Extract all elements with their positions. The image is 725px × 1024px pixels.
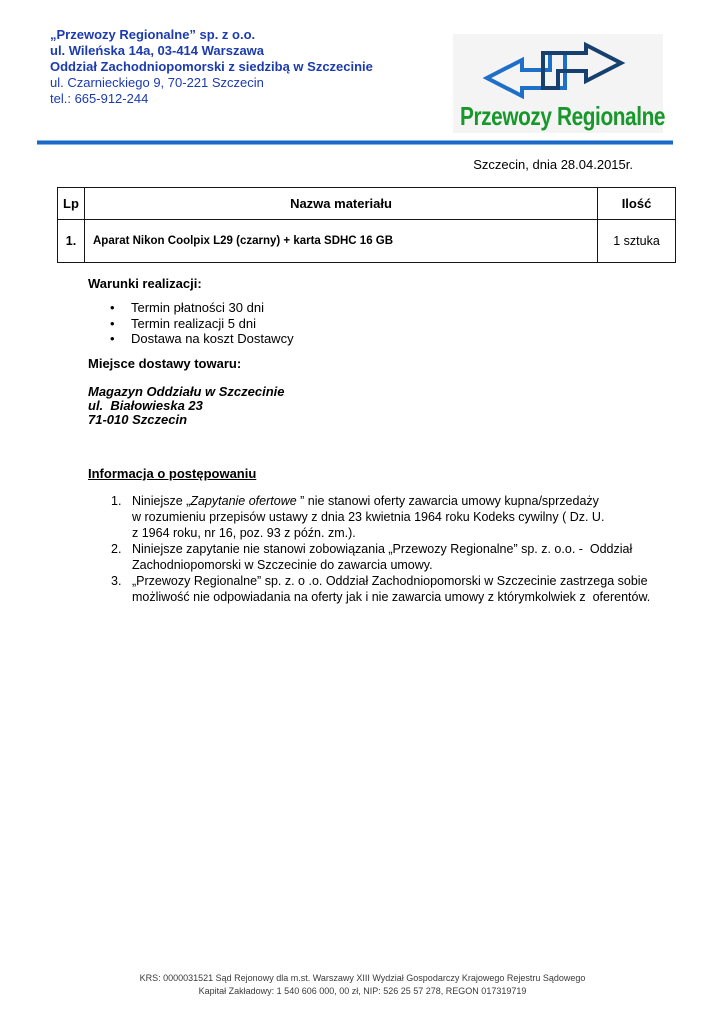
text-line: z 1964 roku, nr 16, poz. 93 z późn. zm.)… — [132, 525, 604, 541]
row-lp: 1. — [58, 220, 85, 263]
footer-line-krs: KRS: 0000031521 Sąd Rejonowy dla m.st. W… — [0, 972, 725, 985]
list-item: • Termin płatności 30 dni — [110, 300, 294, 316]
list-item-text: Niniejsze „Zapytanie ofertowe ” nie stan… — [132, 493, 604, 541]
text-line: w rozumieniu przepisów ustawy z dnia 23 … — [132, 509, 604, 525]
list-item: • Termin realizacji 5 dni — [110, 316, 294, 332]
col-header-name: Nazwa materiału — [85, 188, 598, 220]
branch-phone: tel.: 665-912-244 — [50, 91, 373, 107]
section-heading-miejsce: Miejsce dostawy towaru: — [88, 356, 241, 371]
footer-line-capital: Kapitał Zakładowy: 1 540 606 000, 00 zł,… — [0, 985, 725, 998]
bullet-text: Termin płatności 30 dni — [131, 300, 264, 316]
table-header-row: Lp Nazwa materiału Ilość — [58, 188, 676, 220]
row-quantity: 1 sztuka — [598, 220, 676, 263]
list-item: 3. „Przewozy Regionalne” sp. z. o .o. Od… — [111, 573, 650, 605]
address-line: 71-010 Szczecin — [88, 413, 285, 427]
list-item: 1. Niniejsze „Zapytanie ofertowe ” nie s… — [111, 493, 650, 541]
company-logo: Przewozy Regionalne — [453, 34, 663, 133]
company-name: „Przewozy Regionalne” sp. z o.o. — [50, 27, 373, 43]
warunki-bullet-list: • Termin płatności 30 dni • Termin reali… — [110, 300, 294, 347]
header-divider-line — [37, 140, 673, 145]
address-line: Magazyn Oddziału w Szczecinie — [88, 385, 285, 399]
list-item-text: Niniejsze zapytanie nie stanowi zobowiąz… — [132, 541, 632, 573]
list-item: • Dostawa na koszt Dostawcy — [110, 331, 294, 347]
branch-street: ul. Czarnieckiego 9, 70-221 Szczecin — [50, 75, 373, 91]
table-row: 1. Aparat Nikon Coolpix L29 (czarny) + k… — [58, 220, 676, 263]
text-line: możliwość nie odpowiadania na oferty jak… — [132, 589, 650, 605]
date-line: Szczecin, dnia 28.04.2015r. — [473, 157, 633, 172]
address-line: ul. Białowieska 23 — [88, 399, 285, 413]
bullet-text: Dostawa na koszt Dostawcy — [131, 331, 294, 347]
text-line: „Przewozy Regionalne” sp. z. o .o. Oddzi… — [132, 573, 650, 589]
footer-legal-block: KRS: 0000031521 Sąd Rejonowy dla m.st. W… — [0, 972, 725, 998]
bullet-icon: • — [110, 300, 131, 316]
logo-arrows-icon — [483, 40, 628, 106]
company-address-block: „Przewozy Regionalne” sp. z o.o. ul. Wil… — [50, 27, 373, 107]
bullet-icon: • — [110, 316, 131, 332]
col-header-lp: Lp — [58, 188, 85, 220]
col-header-qty: Ilość — [598, 188, 676, 220]
list-number: 1. — [111, 493, 132, 541]
materials-table: Lp Nazwa materiału Ilość 1. Aparat Nikon… — [57, 187, 676, 263]
section-heading-warunki: Warunki realizacji: — [88, 276, 202, 291]
company-branch: Oddział Zachodniopomorski z siedzibą w S… — [50, 59, 373, 75]
delivery-address-block: Magazyn Oddziału w Szczecinie ul. Białow… — [88, 385, 285, 427]
document-page: „Przewozy Regionalne” sp. z o.o. ul. Wil… — [0, 0, 725, 1024]
company-street: ul. Wileńska 14a, 03-414 Warszawa — [50, 43, 373, 59]
logo-wordmark: Przewozy Regionalne — [460, 102, 665, 130]
section-heading-informacja: Informacja o postępowaniu — [88, 466, 256, 481]
text-line: Zachodniopomorski w Szczecinie do zawarc… — [132, 557, 632, 573]
list-item-text: „Przewozy Regionalne” sp. z. o .o. Oddzi… — [132, 573, 650, 605]
row-material-name: Aparat Nikon Coolpix L29 (czarny) + kart… — [85, 220, 598, 263]
bullet-text: Termin realizacji 5 dni — [131, 316, 256, 332]
text-line: Niniejsze zapytanie nie stanowi zobowiąz… — [132, 541, 632, 557]
list-number: 3. — [111, 573, 132, 605]
bullet-icon: • — [110, 331, 131, 347]
info-numbered-list: 1. Niniejsze „Zapytanie ofertowe ” nie s… — [111, 493, 650, 605]
logo-arrow-right-icon — [543, 45, 621, 88]
text-line: Niniejsze „Zapytanie ofertowe ” nie stan… — [132, 493, 604, 509]
list-item: 2. Niniejsze zapytanie nie stanowi zobow… — [111, 541, 650, 573]
list-number: 2. — [111, 541, 132, 573]
